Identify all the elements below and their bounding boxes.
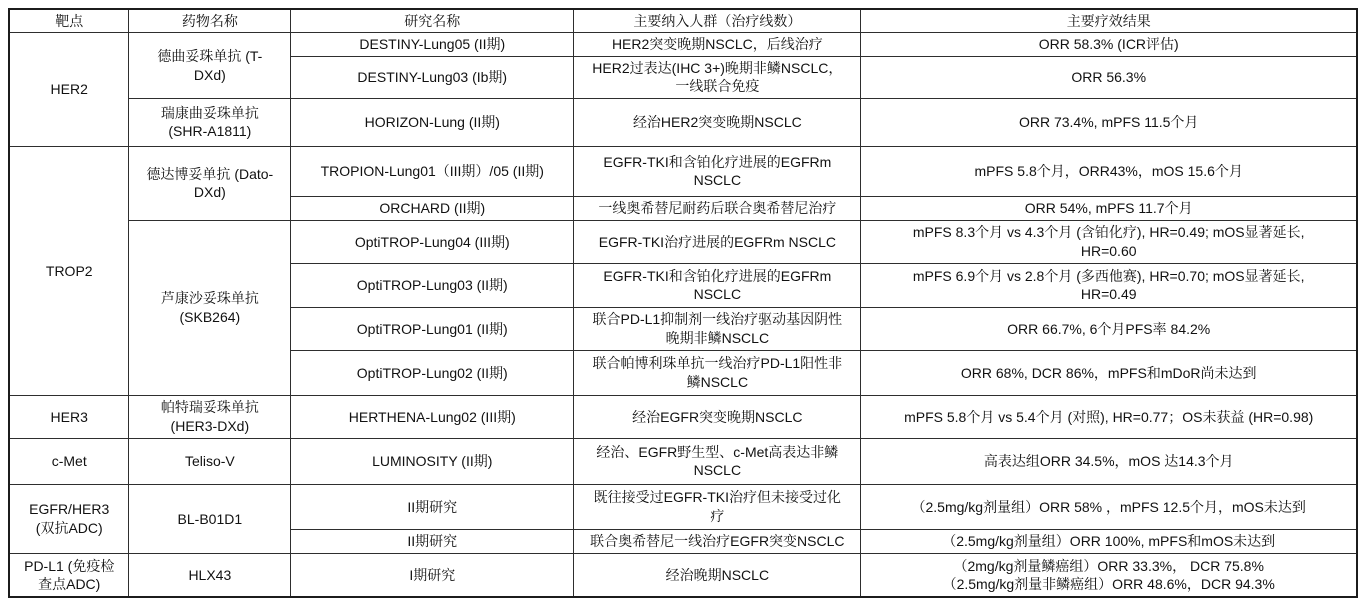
- table-row: HER2德曲妥珠单抗 (T- DXd)DESTINY-Lung05 (II期)H…: [9, 33, 1357, 56]
- population-cell: 一线奥希替尼耐药后联合奥希替尼治疗: [574, 196, 861, 220]
- table-row: 芦康沙妥珠单抗 (SKB264)OptiTROP-Lung04 (III期)EG…: [9, 220, 1357, 263]
- table-body: HER2德曲妥珠单抗 (T- DXd)DESTINY-Lung05 (II期)H…: [9, 33, 1357, 597]
- population-cell: EGFR-TKI和含铂化疗进展的EGFRm NSCLC: [574, 146, 861, 196]
- table-row: 瑞康曲妥珠单抗 (SHR-A1811)HORIZON-Lung (II期)经治H…: [9, 98, 1357, 146]
- target-cell: HER3: [9, 395, 129, 438]
- result-cell: ORR 54%, mPFS 11.7个月: [861, 196, 1357, 220]
- target-cell: c-Met: [9, 438, 129, 484]
- study-cell: II期研究: [291, 529, 574, 553]
- result-cell: （2.5mg/kg剂量组）ORR 100%, mPFS和mOS未达到: [861, 529, 1357, 553]
- target-cell: TROP2: [9, 146, 129, 395]
- result-cell: （2mg/kg剂量鳞癌组）ORR 33.3%， DCR 75.8% （2.5mg…: [861, 553, 1357, 597]
- study-cell: OptiTROP-Lung02 (II期): [291, 350, 574, 395]
- result-cell: ORR 58.3% (ICR评估): [861, 33, 1357, 56]
- table-row: EGFR/HER3 (双抗ADC)BL-B01D1II期研究既往接受过EGFR-…: [9, 484, 1357, 529]
- population-cell: 既往接受过EGFR-TKI治疗但未接受过化 疗: [574, 484, 861, 529]
- population-cell: 经治HER2突变晚期NSCLC: [574, 98, 861, 146]
- column-header-target: 靶点: [9, 9, 129, 33]
- drug-cell: BL-B01D1: [129, 484, 291, 553]
- population-cell: 经治、EGFR野生型、c-Met高表达非鳞 NSCLC: [574, 438, 861, 484]
- population-cell: 经治EGFR突变晚期NSCLC: [574, 395, 861, 438]
- population-cell: HER2突变晚期NSCLC，后线治疗: [574, 33, 861, 56]
- drug-cell: HLX43: [129, 553, 291, 597]
- study-cell: OptiTROP-Lung03 (II期): [291, 263, 574, 307]
- study-cell: II期研究: [291, 484, 574, 529]
- population-cell: EGFR-TKI治疗进展的EGFRm NSCLC: [574, 220, 861, 263]
- result-cell: ORR 68%, DCR 86%，mPFS和mDoR尚未达到: [861, 350, 1357, 395]
- column-header-result: 主要疗效结果: [861, 9, 1357, 33]
- header-row: 靶点药物名称研究名称主要纳入人群（治疗线数）主要疗效结果: [9, 9, 1357, 33]
- result-cell: ORR 73.4%, mPFS 11.5个月: [861, 98, 1357, 146]
- column-header-drug: 药物名称: [129, 9, 291, 33]
- result-cell: （2.5mg/kg剂量组）ORR 58% ，mPFS 12.5个月，mOS未达到: [861, 484, 1357, 529]
- study-cell: TROPION-Lung01（III期）/05 (II期): [291, 146, 574, 196]
- population-cell: 经治晚期NSCLC: [574, 553, 861, 597]
- target-cell: EGFR/HER3 (双抗ADC): [9, 484, 129, 553]
- result-cell: mPFS 5.8个月 vs 5.4个月 (对照), HR=0.77；OS未获益 …: [861, 395, 1357, 438]
- drug-cell: 德达博妥单抗 (Dato- DXd): [129, 146, 291, 220]
- study-cell: OptiTROP-Lung01 (II期): [291, 307, 574, 350]
- drug-cell: 瑞康曲妥珠单抗 (SHR-A1811): [129, 98, 291, 146]
- table-row: HER3帕特瑞妥珠单抗 (HER3-DXd)HERTHENA-Lung02 (I…: [9, 395, 1357, 438]
- study-cell: LUMINOSITY (II期): [291, 438, 574, 484]
- population-cell: 联合奥希替尼一线治疗EGFR突变NSCLC: [574, 529, 861, 553]
- study-cell: I期研究: [291, 553, 574, 597]
- target-cell: PD-L1 (免疫检 查点ADC): [9, 553, 129, 597]
- result-cell: mPFS 6.9个月 vs 2.8个月 (多西他赛), HR=0.70; mOS…: [861, 263, 1357, 307]
- drug-cell: 帕特瑞妥珠单抗 (HER3-DXd): [129, 395, 291, 438]
- study-cell: HERTHENA-Lung02 (III期): [291, 395, 574, 438]
- target-cell: HER2: [9, 33, 129, 146]
- column-header-population: 主要纳入人群（治疗线数）: [574, 9, 861, 33]
- study-cell: ORCHARD (II期): [291, 196, 574, 220]
- result-cell: ORR 66.7%, 6个月PFS率 84.2%: [861, 307, 1357, 350]
- drug-cell: 德曲妥珠单抗 (T- DXd): [129, 33, 291, 98]
- result-cell: ORR 56.3%: [861, 56, 1357, 98]
- drug-cell: Teliso-V: [129, 438, 291, 484]
- result-cell: mPFS 8.3个月 vs 4.3个月 (含铂化疗), HR=0.49; mOS…: [861, 220, 1357, 263]
- population-cell: EGFR-TKI和含铂化疗进展的EGFRm NSCLC: [574, 263, 861, 307]
- table-row: c-MetTeliso-VLUMINOSITY (II期)经治、EGFR野生型、…: [9, 438, 1357, 484]
- adc-clinical-trials-table: 靶点药物名称研究名称主要纳入人群（治疗线数）主要疗效结果 HER2德曲妥珠单抗 …: [8, 8, 1358, 598]
- study-cell: HORIZON-Lung (II期): [291, 98, 574, 146]
- population-cell: HER2过表达(IHC 3+)晚期非鳞NSCLC， 一线联合免疫: [574, 56, 861, 98]
- result-cell: mPFS 5.8个月，ORR43%，mOS 15.6个月: [861, 146, 1357, 196]
- drug-cell: 芦康沙妥珠单抗 (SKB264): [129, 220, 291, 395]
- table-row: TROP2德达博妥单抗 (Dato- DXd)TROPION-Lung01（II…: [9, 146, 1357, 196]
- population-cell: 联合PD-L1抑制剂一线治疗驱动基因阴性 晚期非鳞NSCLC: [574, 307, 861, 350]
- population-cell: 联合帕博利珠单抗一线治疗PD-L1阳性非 鳞NSCLC: [574, 350, 861, 395]
- study-cell: OptiTROP-Lung04 (III期): [291, 220, 574, 263]
- column-header-study: 研究名称: [291, 9, 574, 33]
- table-header: 靶点药物名称研究名称主要纳入人群（治疗线数）主要疗效结果: [9, 9, 1357, 33]
- study-cell: DESTINY-Lung03 (Ib期): [291, 56, 574, 98]
- study-cell: DESTINY-Lung05 (II期): [291, 33, 574, 56]
- table-row: PD-L1 (免疫检 查点ADC)HLX43I期研究经治晚期NSCLC（2mg/…: [9, 553, 1357, 597]
- result-cell: 高表达组ORR 34.5%，mOS 达14.3个月: [861, 438, 1357, 484]
